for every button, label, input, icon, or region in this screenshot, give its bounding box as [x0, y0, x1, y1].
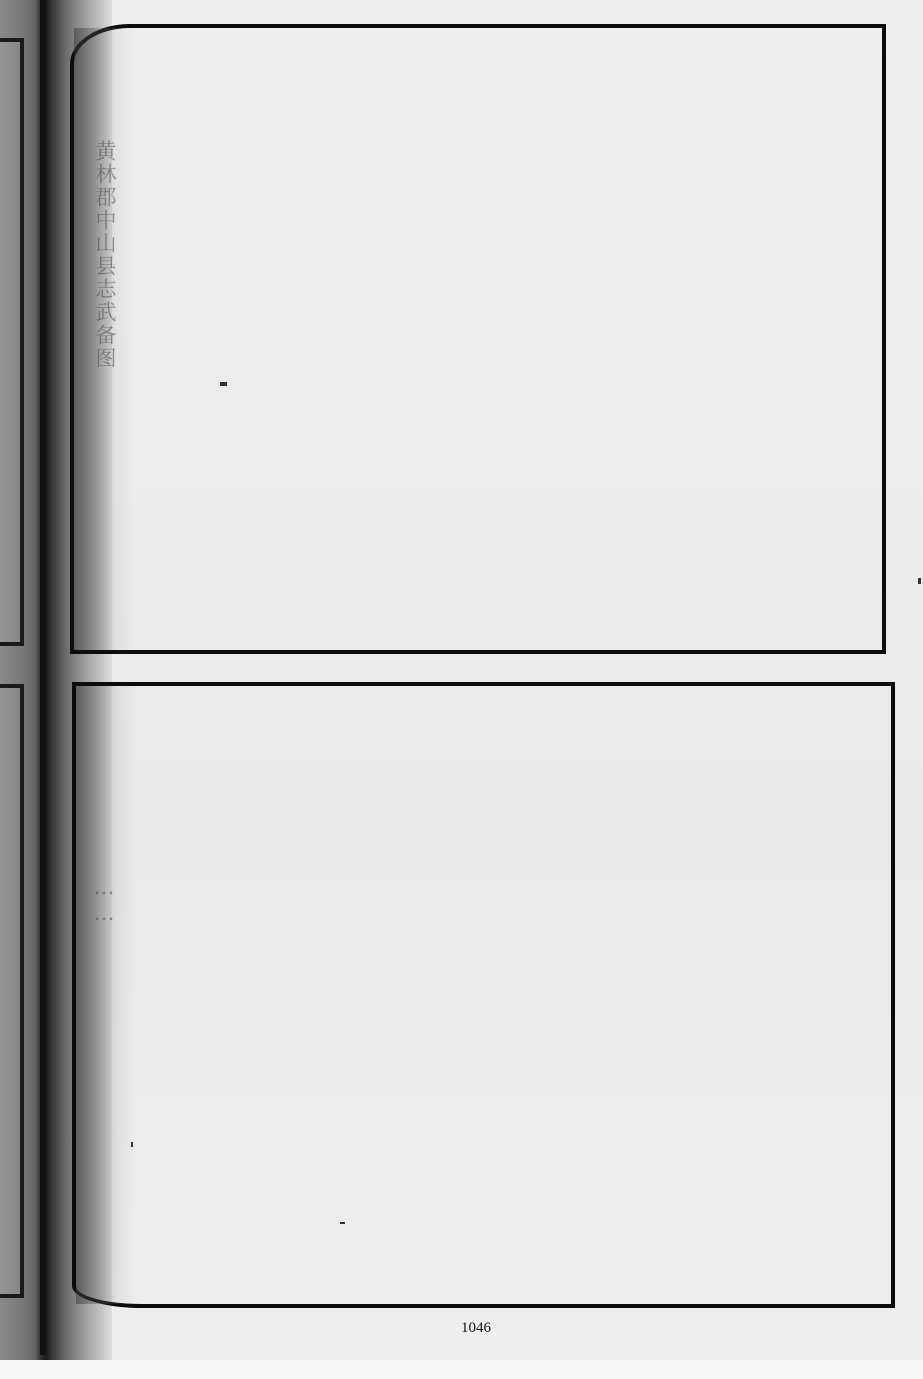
scan-speck — [340, 1222, 345, 1224]
previous-page-upper-frame — [0, 38, 24, 646]
upper-frame-side-caption: 黄林郡中山县志武备图 — [90, 140, 120, 520]
scan-speck — [918, 578, 921, 584]
page-number: 1046 — [461, 1320, 491, 1337]
previous-page-lower-frame — [0, 684, 24, 1298]
upper-empty-frame — [70, 24, 886, 654]
book-spine-line — [40, 0, 46, 1355]
scan-speck — [131, 1142, 133, 1147]
scan-speck — [220, 382, 227, 386]
page-bottom-margin — [0, 1360, 923, 1379]
lower-frame-side-caption: …… — [92, 875, 116, 1165]
previous-page-edge — [0, 0, 40, 1360]
lower-empty-frame — [72, 682, 895, 1308]
